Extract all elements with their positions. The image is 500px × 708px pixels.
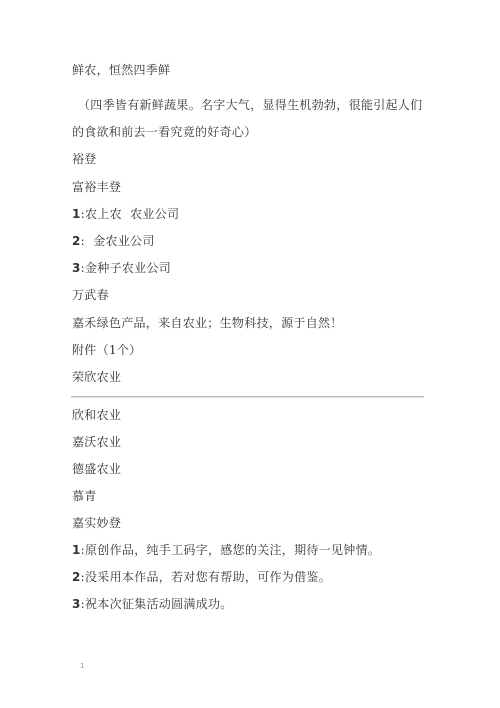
name-text: 德盛农业 (72, 462, 121, 476)
name-jiashimiaodeng: 嘉实妙登 (72, 516, 121, 530)
name-text: 嘉沃农业 (72, 435, 121, 449)
name-fuyufengdeng: 富裕丰登 (72, 180, 121, 194)
name-yudeng: 裕登 (72, 152, 97, 166)
list-number: 3 (72, 597, 81, 611)
heading-text: 鲜农，恒然四季鲜 (72, 63, 170, 77)
section-divider (71, 396, 424, 397)
list-number: 1 (72, 543, 81, 557)
name-text: 嘉实妙登 (72, 516, 121, 530)
description-text-1: （四季皆有新鲜蔬果。名字大气，显得生机勃勃，很能引起人们 (78, 98, 422, 112)
name-muqing: 慕青 (72, 489, 97, 503)
name-xinhe: 欣和农业 (72, 408, 121, 422)
attachment-text[interactable]: 附件（1个） (72, 343, 141, 357)
list-number: 3 (72, 261, 81, 275)
list-number: 2 (72, 234, 81, 248)
name-text: 慕青 (72, 489, 97, 503)
list-text: 祝本次征集活动圆满成功。 (85, 597, 233, 611)
list-text: 金种子农业公司 (85, 261, 171, 275)
name-text: 欣和农业 (72, 408, 121, 422)
list-a-item-1: 1:农上农 农业公司 (72, 207, 179, 221)
name-wanwuchun: 万武春 (72, 288, 109, 302)
description-line-1: （四季皆有新鲜蔬果。名字大气，显得生机勃勃，很能引起人们 (78, 98, 422, 112)
list-b-item-1: 1:原创作品，纯手工码字，感您的关注，期待一见钟情。 (72, 543, 380, 557)
list-text: 农上农 农业公司 (85, 207, 179, 221)
list-a-item-3: 3:金种子农业公司 (72, 261, 171, 275)
list-b-item-2: 2:没采用本作品，若对您有帮助，可作为借鉴。 (72, 570, 331, 584)
heading-xiannong: 鲜农，恒然四季鲜 (72, 63, 170, 77)
description-text-2: 的食欲和前去一看究竟的好奇心） (72, 125, 257, 139)
name-rongxin: 荣欣农业 (72, 370, 121, 384)
slogan-jiahe: 嘉禾绿色产品，来自农业；生物科技，源于自然！ (72, 316, 343, 330)
name-text: 裕登 (72, 152, 97, 166)
name-text: 荣欣农业 (72, 370, 121, 384)
description-line-2: 的食欲和前去一看究竟的好奇心） (72, 125, 257, 139)
name-desheng: 德盛农业 (72, 462, 121, 476)
name-jiawo: 嘉沃农业 (72, 435, 121, 449)
list-text: 原创作品，纯手工码字，感您的关注，期待一见钟情。 (85, 543, 380, 557)
document-page: 鲜农，恒然四季鲜 （四季皆有新鲜蔬果。名字大气，显得生机勃勃，很能引起人们 的食… (0, 0, 500, 708)
name-text: 万武春 (72, 288, 109, 302)
slogan-text: 嘉禾绿色产品，来自农业；生物科技，源于自然！ (72, 316, 343, 330)
attachment-label[interactable]: 附件（1个） (72, 343, 141, 357)
list-number: 1 (72, 207, 81, 221)
page-number: 1 (80, 662, 84, 670)
name-text: 富裕丰登 (72, 180, 121, 194)
list-a-item-2: 2: 金农业公司 (72, 234, 155, 248)
list-number: 2 (72, 570, 81, 584)
list-text: 没采用本作品，若对您有帮助，可作为借鉴。 (85, 570, 331, 584)
list-text: 金农业公司 (85, 234, 155, 248)
list-b-item-3: 3:祝本次征集活动圆满成功。 (72, 597, 233, 611)
